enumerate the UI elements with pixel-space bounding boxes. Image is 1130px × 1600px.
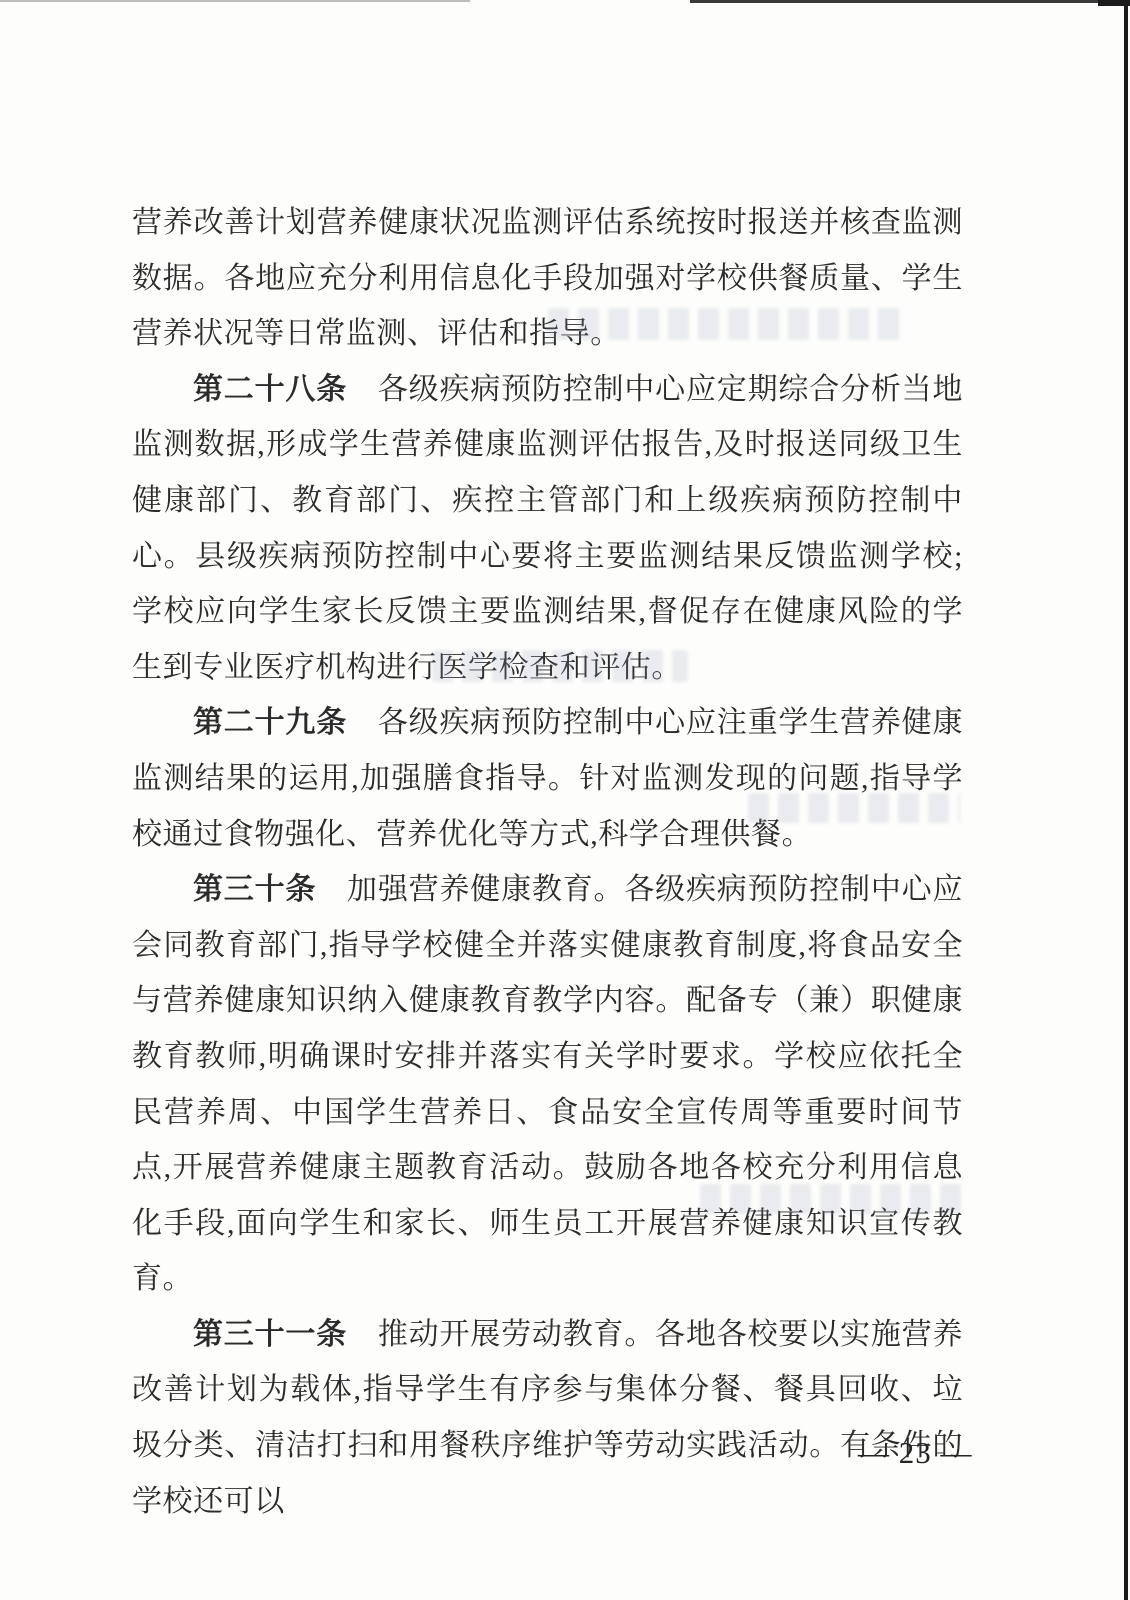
page-number: — 23 — [858, 1435, 978, 1471]
bleedthrough-smudge [432, 650, 688, 682]
paragraph: 第二十九条 各级疾病预防控制中心应注重学生营养健康监测结果的运用,加强膳食指导。… [132, 695, 963, 862]
article-number: 第二十九条 [193, 706, 347, 739]
paragraph: 第二十八条 各级疾病预防控制中心应定期综合分析当地监测数据,形成学生营养健康监测… [132, 362, 963, 696]
bleedthrough-smudge [748, 793, 960, 823]
scan-edge-top-line [0, 0, 470, 2]
article-number: 第三十条 [193, 873, 316, 906]
scan-edge-right-line [1124, 0, 1128, 1600]
bleedthrough-smudge [700, 1184, 962, 1214]
paragraph: 第三十条 加强营养健康教育。各级疾病预防控制中心应会同教育部门,指导学校健全并落… [132, 862, 963, 1307]
scanned-page: 营养改善计划营养健康状况监测评估系统按时报送并核查监测数据。各地应充分利用信息化… [0, 0, 1130, 1600]
paragraph: 第三十一条 推动开展劳动教育。各地各校要以实施营养改善计划为载体,指导学生有序参… [132, 1307, 963, 1529]
scan-edge-top-dark-line [690, 0, 1130, 3]
document-body: 营养改善计划营养健康状况监测评估系统按时报送并核查监测数据。各地应充分利用信息化… [132, 195, 963, 1529]
bleedthrough-smudge [548, 308, 906, 340]
article-number: 第二十八条 [193, 373, 347, 406]
article-number: 第三十一条 [193, 1318, 347, 1351]
